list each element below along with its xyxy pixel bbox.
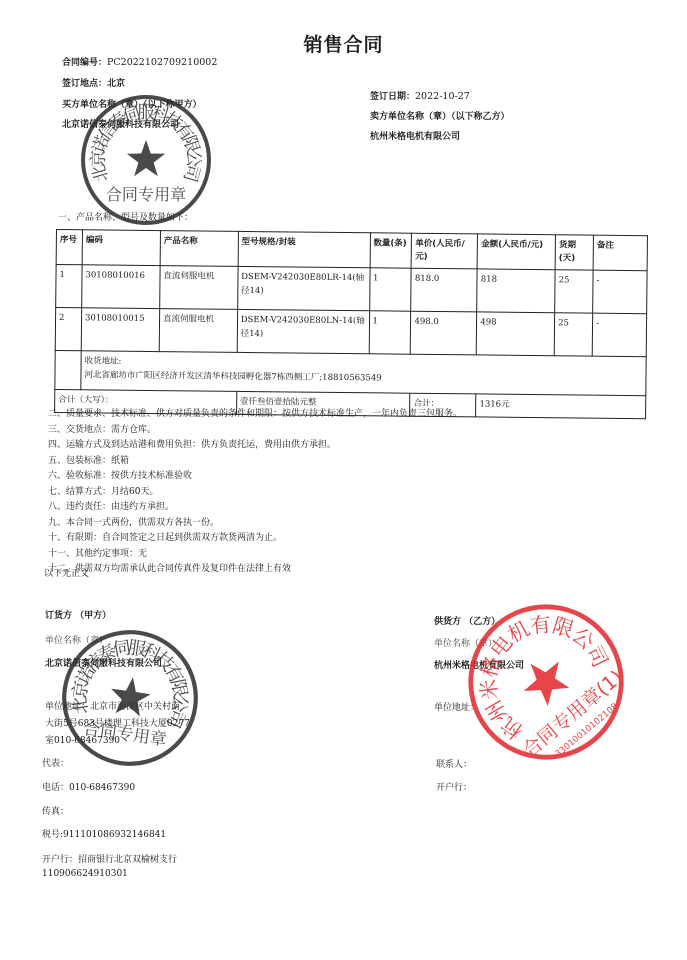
- cell-model: DSEM-V242030E80LN-14(轴径14): [237, 310, 369, 354]
- cell-index: 2: [55, 308, 81, 351]
- svg-text:州: 州: [481, 696, 512, 726]
- cell-unit-price: 498.0: [411, 312, 477, 356]
- buyer-unit-name: 北京诺信泰伺服科技有限公司: [45, 656, 162, 669]
- svg-text:有: 有: [160, 661, 187, 687]
- cell-code: 30108010016: [82, 265, 160, 309]
- term-item: 五、包装标准：纸箱: [48, 453, 462, 469]
- buyer-tax-row: 税号:911101086932146841: [42, 827, 166, 840]
- buyer-name: 北京诺信泰伺服科技有限公司: [62, 117, 179, 130]
- header-cell: 单价(人民币/元): [412, 233, 478, 269]
- svg-text:公: 公: [183, 150, 203, 169]
- product-table: 序号 编码 产品名称 型号规格/封装 数量(条) 单价(人民币/元) 金额(人民…: [54, 229, 648, 420]
- buyer-address-line3: 室010-68467390: [45, 733, 120, 746]
- sign-place-label: 签订地点：: [62, 79, 107, 89]
- header-cell: 序号: [56, 230, 82, 266]
- contract-number-row: 合同编号：PC2022102709210002: [62, 55, 217, 68]
- header-cell: 货期(天): [555, 235, 593, 271]
- svg-text:京: 京: [89, 150, 109, 168]
- terms-list: 二、质量要求、技术标准、供方对质量负责的条件和期限：按供方技术标准生产，一年内负…: [48, 406, 462, 577]
- svg-text:合同专用章(1): 合同专用章(1): [518, 665, 627, 762]
- buyer-phone-label: 电话：: [42, 783, 69, 793]
- term-item: 三、交货地点：需方仓库。: [48, 422, 462, 438]
- term-item: 四、运输方式及到达站港和费用负担：供方负责托运，费用由供方承担。: [48, 437, 462, 453]
- seller-address-label: 单位地址：: [434, 700, 479, 713]
- term-item: 二、质量要求、技术标准、供方对质量负责的条件和期限：按供方技术标准生产，一年内负…: [48, 406, 462, 422]
- sign-place: 北京: [107, 79, 125, 89]
- buyer-tax-no: 911101086932146841: [63, 830, 166, 840]
- header-cell: 数量(条): [370, 233, 412, 269]
- svg-text:限: 限: [550, 613, 577, 642]
- svg-text:3301001010210​8: 3301001010210​8: [554, 702, 620, 760]
- cell-quantity: 1: [369, 311, 411, 354]
- cell-amount: 498: [476, 312, 554, 356]
- seller-heading: 供货方 （乙方）: [434, 614, 500, 627]
- buyer-bank: 招商银行北京双榆树支行: [78, 855, 177, 865]
- seller-unit-name: 杭州米格电机有限公司: [434, 658, 524, 671]
- svg-text:公: 公: [567, 623, 599, 655]
- seller-bank-label: 开户行：: [436, 780, 472, 793]
- header-cell: 金额(人民币/元): [477, 234, 555, 270]
- svg-text:限: 限: [178, 133, 203, 156]
- address-row: 收货地址: 河北省廊坊市广阳区经济开发区清华科技园孵化器7栋西侧工厂;18810…: [55, 351, 646, 396]
- buyer-unit-name-label: 单位名称（章）: [45, 633, 108, 646]
- buyer-phone-row: 电话：010-68467390: [42, 780, 135, 793]
- buyer-tax-label: 税号:: [42, 830, 63, 840]
- buyer-address-line1: 单位地址：北京市海淀区中关村南: [45, 699, 180, 712]
- delivery-address-cell: 收货地址: 河北省廊坊市广阳区经济开发区清华科技园孵化器7栋西侧工厂;18810…: [81, 351, 646, 396]
- end-note: 以下无正文: [44, 566, 89, 579]
- seller-label: 卖方单位名称（章）（以下称乙方）: [370, 109, 510, 122]
- buyer-contract-seal-bottom: 北京诺信泰伺服科技有限公司合同专用章: [60, 628, 200, 768]
- buyer-address: 北京市海淀区中关村南: [90, 702, 180, 712]
- svg-text:米: 米: [476, 677, 503, 701]
- term-item: 六、验收标准：按供方技术标准验收: [48, 468, 462, 484]
- table-row: 2 30108010015 直流伺服电机 DSEM-V242030E80LN-1…: [55, 308, 646, 357]
- svg-text:诺: 诺: [89, 133, 114, 156]
- svg-text:北: 北: [89, 162, 113, 184]
- svg-text:合同专用章: 合同专用章: [106, 185, 186, 204]
- seller-unit-name-label: 单位名称（章）: [434, 636, 497, 649]
- svg-text:杭: 杭: [496, 712, 527, 744]
- svg-text:机: 机: [504, 616, 534, 647]
- cell-index: 1: [56, 265, 82, 308]
- cell-remark: -: [593, 270, 647, 314]
- term-item: 十二、供需双方均需承认此合同传真件及复印件在法律上有效: [48, 561, 462, 577]
- cell-code: 30108010015: [81, 308, 159, 352]
- sign-date-row: 签订日期：2022-10-27: [370, 89, 470, 102]
- table-row: 1 30108010016 直流伺服电机 DSEM-V242030E80LR-1…: [56, 265, 647, 314]
- seller-contact-label: 联系人：: [436, 757, 472, 770]
- cell-product-name: 直流伺服电机: [159, 309, 237, 353]
- svg-text:京: 京: [69, 679, 93, 700]
- buyer-rep-label: 代表：: [42, 756, 69, 769]
- cell-lead-time: 25: [554, 313, 592, 356]
- header-cell: 备注: [593, 235, 647, 271]
- svg-text:有: 有: [529, 612, 552, 638]
- cell-remark: -: [592, 313, 646, 357]
- header-cell: 产品名称: [160, 231, 238, 267]
- buyer-bank-label: 开户行：: [42, 855, 78, 865]
- buyer-address-label: 单位地址：: [45, 702, 90, 712]
- buyer-fax-label: 传真：: [42, 804, 69, 817]
- buyer-account: 110906624910301: [42, 869, 128, 879]
- cell-amount: 818: [477, 269, 555, 313]
- document-title: 销售合同: [0, 30, 687, 57]
- sign-place-row: 签订地点：北京: [62, 76, 125, 89]
- term-item: 八、违约责任：由违约方承担。: [48, 499, 462, 515]
- header-cell: 编码: [82, 230, 160, 266]
- total-amount: 1316元: [476, 394, 646, 419]
- buyer-bank-row: 开户行：招商银行北京双榆树支行: [42, 852, 177, 865]
- buyer-address-line2: 大街5号683号楼理工科技大厦0277: [45, 716, 190, 729]
- buyer-phone: 010-68467390: [69, 783, 135, 793]
- buyer-label: 买方单位名称（章）（以下称甲方）: [62, 97, 202, 110]
- sign-date-label: 签订日期：: [370, 92, 415, 102]
- buyer-heading: 订货方 （甲方）: [45, 608, 111, 621]
- cell-lead-time: 25: [555, 270, 593, 313]
- term-item: 七、结算方式：月结60天。: [48, 484, 462, 500]
- seller-name: 杭州米格电机有限公司: [370, 129, 460, 142]
- header-cell: 型号规格/封装: [238, 231, 370, 268]
- svg-text:司: 司: [179, 162, 203, 184]
- svg-text:司: 司: [582, 642, 613, 671]
- term-item: 十、有限期：自合同签定之日起到供需双方款货两清为止。: [48, 530, 462, 546]
- cell-unit-price: 818.0: [411, 269, 477, 313]
- contract-number-label: 合同编号：: [62, 58, 107, 68]
- buyer-contract-seal-top: 北京诺信泰伺服科技有限公司合同专用章: [79, 93, 213, 227]
- section1-heading: 一、产品名称、型号及数量如下：: [58, 210, 193, 223]
- sign-date: 2022-10-27: [415, 91, 470, 102]
- svg-text:限: 限: [166, 677, 190, 699]
- contract-number: PC2022102709210002: [107, 57, 217, 68]
- term-item: 十一、其他约定事项：无: [48, 546, 462, 562]
- cell-quantity: 1: [369, 268, 411, 311]
- term-item: 九、本合同一式两份，供需双方各执一份。: [48, 515, 462, 531]
- cell-model: DSEM-V242030E80LR-14(轴径14): [237, 267, 369, 311]
- cell-product-name: 直流伺服电机: [160, 266, 238, 310]
